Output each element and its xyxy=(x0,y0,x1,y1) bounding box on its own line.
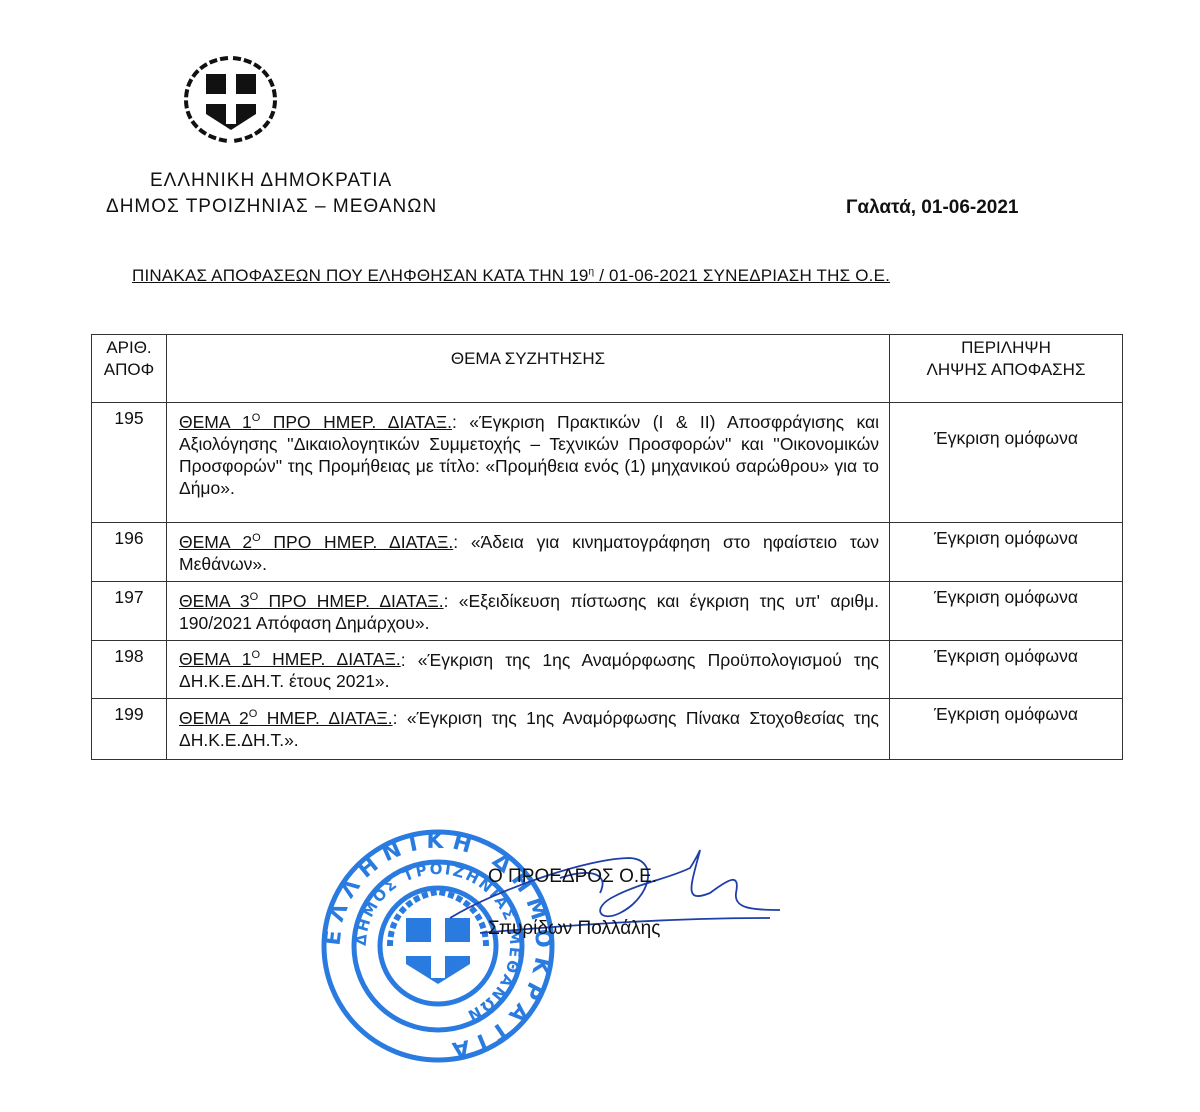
table-row: 199 ΘΕΜΑ 2Ο ΗΜΕΡ. ΔΙΑΤΑΞ.: «Έγκριση της … xyxy=(92,699,1123,760)
decision-subject: ΘΕΜΑ 2Ο ΠΡΟ ΗΜΕΡ. ΔΙΑΤΑΞ.: «Άδεια για κι… xyxy=(167,523,890,582)
greek-coat-of-arms-icon xyxy=(178,52,283,147)
decision-number: 197 xyxy=(92,581,167,640)
signatory-name: Σπυρίδων Πολλάλης xyxy=(488,918,660,940)
decision-summary: Έγκριση ομόφωνα xyxy=(890,403,1123,523)
header-subject: ΘΕΜΑ ΣΥΖΗΤΗΣΗΣ xyxy=(167,335,890,403)
decision-subject: ΘΕΜΑ 1Ο ΠΡΟ ΗΜΕΡ. ΔΙΑΤΑΞ.: «Έγκριση Πρακ… xyxy=(167,403,890,523)
decision-summary: Έγκριση ομόφωνα xyxy=(890,640,1123,699)
header-summary: ΠΕΡΙΛΗΨΗΛΗΨΗΣ ΑΠΟΦΑΣΗΣ xyxy=(890,335,1123,403)
header-line-2: ΔΗΜΟΣ ΤΡΟΙΖΗΝΙΑΣ – ΜΕΘΑΝΩΝ xyxy=(106,196,437,218)
decision-number: 199 xyxy=(92,699,167,760)
table-row: 197 ΘΕΜΑ 3Ο ΠΡΟ ΗΜΕΡ. ΔΙΑΤΑΞ.: «Εξειδίκε… xyxy=(92,581,1123,640)
table-row: 198 ΘΕΜΑ 1Ο ΗΜΕΡ. ΔΙΑΤΑΞ.: «Έγκριση της … xyxy=(92,640,1123,699)
place-date: Γαλατά, 01-06-2021 xyxy=(846,197,1019,219)
signatory-title: Ο ΠΡΟΕΔΡΟΣ Ο.Ε. xyxy=(488,866,657,888)
decision-summary: Έγκριση ομόφωνα xyxy=(890,523,1123,582)
table-row: 196 ΘΕΜΑ 2Ο ΠΡΟ ΗΜΕΡ. ΔΙΑΤΑΞ.: «Άδεια γι… xyxy=(92,523,1123,582)
table-header-row: ΑΡΙΘ.ΑΠΟΦ ΘΕΜΑ ΣΥΖΗΤΗΣΗΣ ΠΕΡΙΛΗΨΗΛΗΨΗΣ Α… xyxy=(92,335,1123,403)
header-number: ΑΡΙΘ.ΑΠΟΦ xyxy=(92,335,167,403)
decision-number: 196 xyxy=(92,523,167,582)
decision-summary: Έγκριση ομόφωνα xyxy=(890,581,1123,640)
decision-summary: Έγκριση ομόφωνα xyxy=(890,699,1123,760)
header-line-1: ΕΛΛΗΝΙΚΗ ΔΗΜΟΚΡΑΤΙΑ xyxy=(150,170,392,192)
decision-number: 198 xyxy=(92,640,167,699)
decision-number: 195 xyxy=(92,403,167,523)
document-title: ΠΙΝΑΚΑΣ ΑΠΟΦΑΣΕΩΝ ΠΟΥ ΕΛΗΦΘΗΣΑΝ ΚΑΤΑ ΤΗΝ… xyxy=(132,266,890,286)
decision-subject: ΘΕΜΑ 1Ο ΗΜΕΡ. ΔΙΑΤΑΞ.: «Έγκριση της 1ης … xyxy=(167,640,890,699)
decision-subject: ΘΕΜΑ 3Ο ΠΡΟ ΗΜΕΡ. ΔΙΑΤΑΞ.: «Εξειδίκευση … xyxy=(167,581,890,640)
decision-subject: ΘΕΜΑ 2Ο ΗΜΕΡ. ΔΙΑΤΑΞ.: «Έγκριση της 1ης … xyxy=(167,699,890,760)
table-row: 195 ΘΕΜΑ 1Ο ΠΡΟ ΗΜΕΡ. ΔΙΑΤΑΞ.: «Έγκριση … xyxy=(92,403,1123,523)
decisions-table: ΑΡΙΘ.ΑΠΟΦ ΘΕΜΑ ΣΥΖΗΤΗΣΗΣ ΠΕΡΙΛΗΨΗΛΗΨΗΣ Α… xyxy=(91,334,1123,760)
